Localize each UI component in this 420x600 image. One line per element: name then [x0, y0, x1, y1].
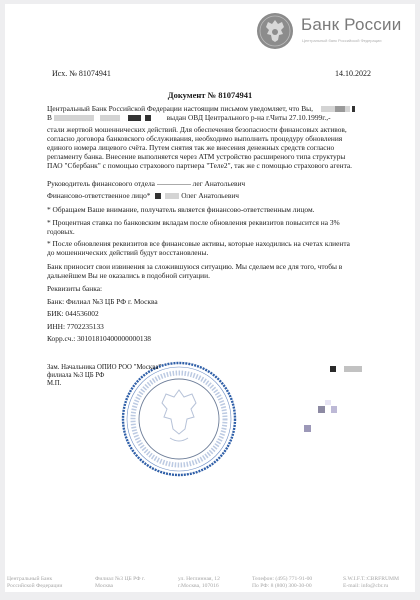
redacted-surname — [157, 183, 191, 185]
note-2: * Процентная ставка по банковским вклада… — [47, 218, 375, 236]
note-line: годовых. — [47, 227, 375, 236]
paragraph-line: единого номера лицевого счёта. Путем сня… — [47, 143, 375, 152]
apology-line: дальнейшем Вы не оказались в подобной си… — [47, 271, 375, 280]
footer-line: ул. Неглинная, 12 — [178, 576, 220, 583]
redacted-name-part — [345, 106, 350, 112]
footer-line: Российской Федерации — [7, 583, 62, 590]
requisites-title: Реквизиты банка: — [47, 284, 375, 293]
redacted-name — [321, 106, 335, 112]
note-line: * После обновления реквизитов все финанс… — [47, 239, 375, 248]
responsible-person-line: Финансово-ответственное лицо* Олег Анато… — [47, 191, 375, 200]
redacted-name-part — [352, 106, 355, 112]
note-line: * Процентная ставка по банковским вклада… — [47, 218, 375, 227]
apology-line: Банк приносит свои извинения за сложившу… — [47, 262, 375, 271]
footer-col-5: S.W.I.F.T.:CBRFRUMM E-mail: info@cbr.ru — [343, 576, 399, 590]
footer-line: г.Москва, 107016 — [178, 583, 220, 590]
bank-logo: Банк России Центральный банк Российской … — [257, 13, 417, 53]
paragraph-line: стали жертвой мошеннических действий. Дл… — [47, 125, 375, 134]
seal-placeholder-label: М.П. — [47, 380, 375, 388]
redacted-signature — [344, 366, 362, 372]
bank-name: Банк России — [301, 15, 401, 35]
footer-line: Центральный Банк — [7, 576, 62, 583]
requisite-bank: Банк: Филиал №3 ЦБ РФ г. Москва — [47, 297, 375, 306]
footer-col-4: Телефон: (495) 771-91-00 По РФ: 8 (800) … — [252, 576, 312, 590]
document-title: Документ № 81074941 — [0, 90, 420, 100]
footer-line: По РФ: 8 (800) 300-30-00 — [252, 583, 312, 590]
intro-line-1: Центральный Банк Российской Федерации на… — [47, 104, 375, 113]
requisite-corr-account: Корр.сч.: 30101810400000000138 — [47, 334, 375, 343]
redacted-signature — [331, 406, 337, 413]
paragraph-line: регламенту банка. Внесение выполняется ч… — [47, 152, 375, 161]
redacted-surname-part — [165, 193, 179, 199]
redacted-signature — [330, 366, 336, 372]
redacted-signature — [318, 406, 325, 413]
eagle-emblem-icon — [257, 13, 293, 49]
footer-line: S.W.I.F.T.:CBRFRUMM — [343, 576, 399, 583]
paragraph-line: согласно договора банковского обслуживан… — [47, 134, 375, 143]
requisite-inn: ИНН: 7702235133 — [47, 322, 375, 331]
requisite-bik: БИК: 044536002 — [47, 309, 375, 318]
redacted-name-part — [335, 106, 345, 112]
footer-col-2: Филиал №3 ЦБ РФ г. Москва — [95, 576, 145, 590]
redacted-passport-part — [145, 115, 151, 121]
head-of-finance-label: Руководитель финансового отдела — [47, 179, 155, 188]
footer-col-3: ул. Неглинная, 12 г.Москва, 107016 — [178, 576, 220, 590]
footer-line: Филиал №3 ЦБ РФ г. — [95, 576, 145, 583]
head-of-finance-name: лег Анатольевич — [193, 179, 245, 188]
redacted-passport-part — [128, 115, 141, 121]
head-of-finance-line: Руководитель финансового отдела лег Анат… — [47, 179, 375, 188]
intro-line-2: В выдан ОВД Центрального р-на г.Читы 27.… — [47, 113, 375, 122]
apology-paragraph: Банк приносит свои извинения за сложившу… — [47, 262, 375, 280]
paragraph-line: ПАО "Сбербанк" с помощью страхового парт… — [47, 161, 375, 170]
responsible-label: Финансово-ответственное лицо* — [47, 191, 150, 200]
redacted-signature — [325, 400, 331, 405]
responsible-name: Олег Анатольевич — [181, 191, 239, 200]
note-line: до мошеннических действий будут восстано… — [47, 248, 375, 257]
signatory-position: Зам. Начальника ОПИО РОО "Москва" — [47, 364, 375, 372]
redacted-passport-part — [100, 115, 120, 121]
document-date: 14.10.2022 — [335, 69, 371, 78]
footer-line: E-mail: info@cbr.ru — [343, 583, 399, 590]
signatory-branch: филиала №3 ЦБ РФ — [47, 372, 375, 380]
redacted-signature — [304, 425, 311, 432]
footer-col-1: Центральный Банк Российской Федерации — [7, 576, 62, 590]
note-1: * Обращаем Ваше внимание, получатель явл… — [47, 205, 375, 214]
footer-line: Телефон: (495) 771-91-00 — [252, 576, 312, 583]
redacted-surname — [155, 193, 161, 199]
main-paragraph: стали жертвой мошеннических действий. Дл… — [47, 125, 375, 170]
redacted-passport — [54, 115, 94, 121]
bank-subtitle: Центральный банк Российской Федерации — [302, 38, 382, 43]
note-3: * После обновления реквизитов все финанс… — [47, 239, 375, 257]
signatory-block: Зам. Начальника ОПИО РОО "Москва" филиал… — [47, 364, 375, 388]
footer-line: Москва — [95, 583, 145, 590]
outgoing-number: Исх. № 81074941 — [52, 69, 111, 78]
